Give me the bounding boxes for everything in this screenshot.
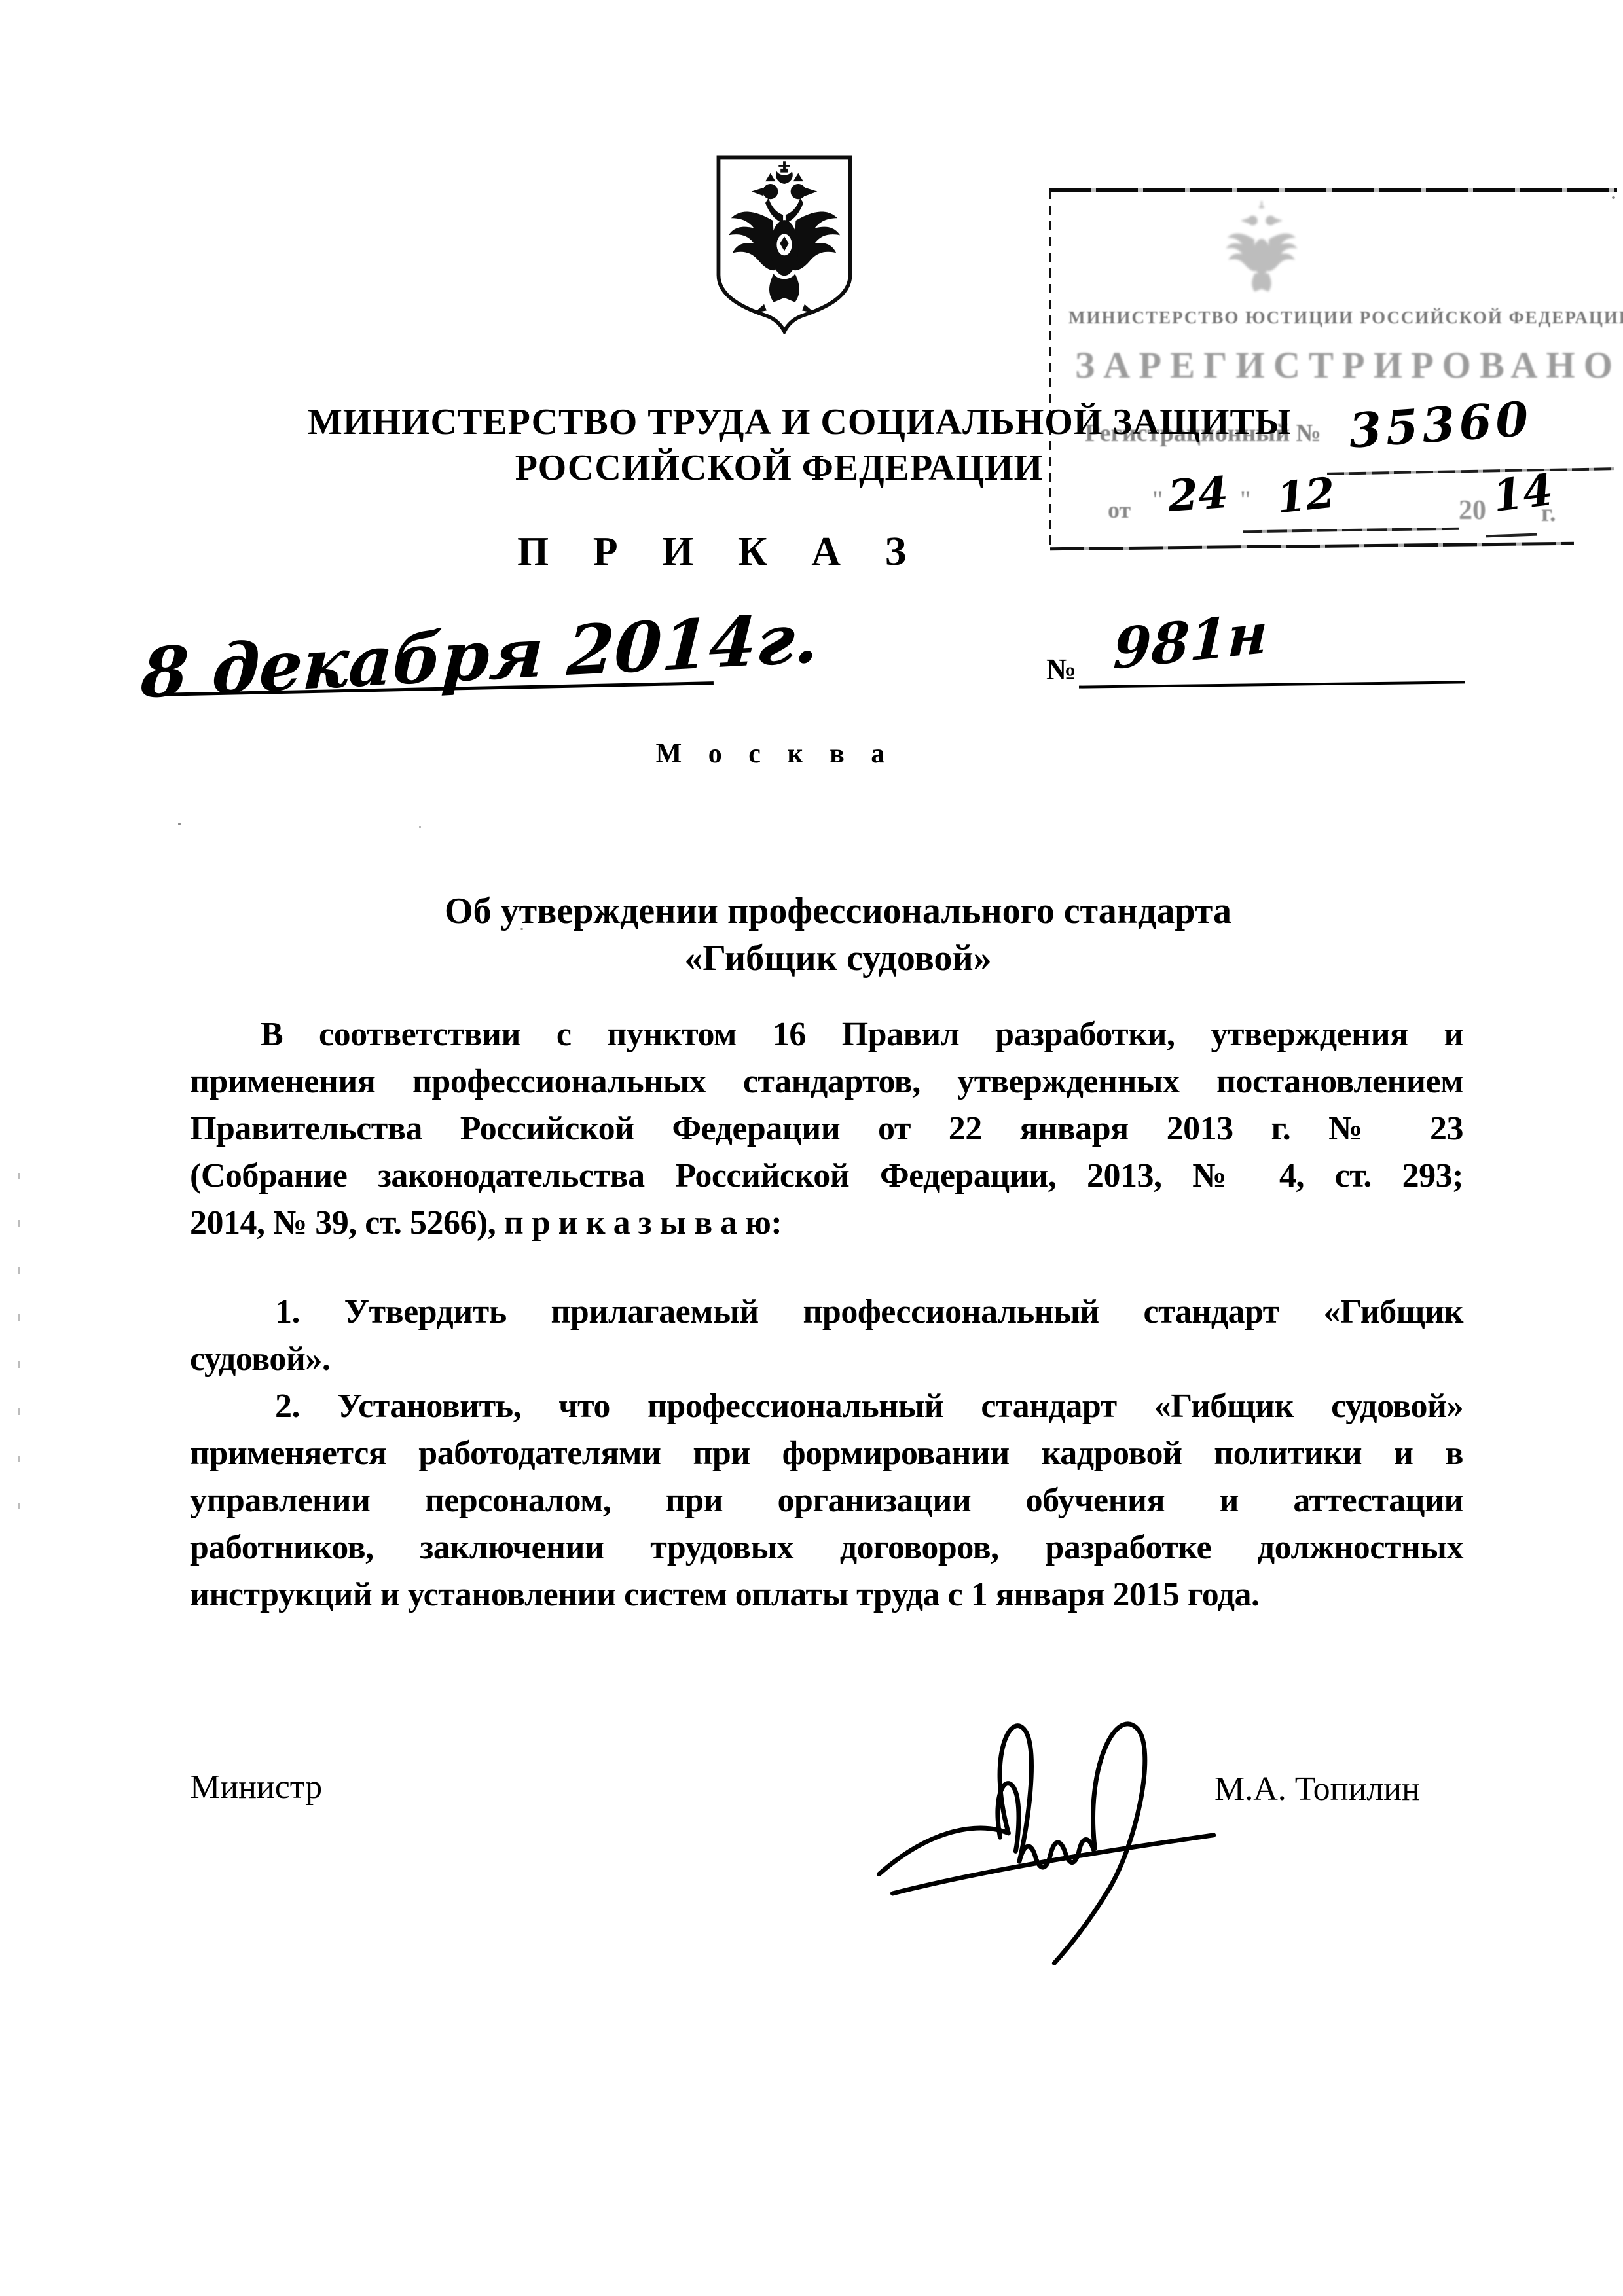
body-line: 2. Установить, что профессиональный стан… (190, 1383, 1463, 1430)
paragraph-preamble: В соответствии с пунктом 16 Правил разра… (190, 1011, 1463, 1247)
paragraph-item-1: 1. Утвердить прилагаемый профессиональны… (190, 1289, 1463, 1383)
stamp-agency-line: МИНИСТЕРСТВО ЮСТИЦИИ РОССИЙСКОЙ ФЕДЕРАЦИ… (1068, 308, 1605, 328)
number-sign: № (1046, 652, 1076, 687)
body-line: применяется работодателями при формирова… (190, 1430, 1463, 1477)
ministry-name-line2: РОССИЙСКОЙ ФЕДЕРАЦИИ (308, 445, 1250, 491)
minister-signature (854, 1672, 1228, 1980)
document-type-title: П Р И К А З (517, 529, 910, 575)
stamp-year-underline (1486, 533, 1537, 538)
body-line: Правительства Российской Федерации от 22… (190, 1105, 1463, 1153)
ministry-name: МИНИСТЕРСТВО ТРУДА И СОЦИАЛЬНОЙ ЗАЩИТЫ Р… (308, 399, 1250, 491)
stamp-year-prefix: 20 (1459, 495, 1486, 526)
number-underline (1079, 681, 1465, 688)
stamp-from-label: от (1108, 496, 1131, 524)
scan-speck (520, 928, 523, 930)
scan-edge-marks (18, 1132, 20, 1509)
city-label: М о с к в а (611, 738, 939, 770)
body-line: В соответствии с пунктом 16 Правил разра… (190, 1011, 1463, 1058)
body-line: (Собрание законодательства Российской Фе… (190, 1153, 1463, 1200)
order-body: В соответствии с пунктом 16 Правил разра… (190, 1011, 1463, 1619)
stamp-border-top (1049, 188, 1617, 192)
stamp-reg-number-value: 35360 (1347, 390, 1534, 458)
stamp-eagle-icon (1213, 194, 1311, 312)
body-line: 1. Утвердить прилагаемый профессиональны… (190, 1289, 1463, 1336)
body-line: применения профессиональных стандартов, … (190, 1058, 1463, 1105)
body-line: управлении персоналом, при организации о… (190, 1477, 1463, 1524)
order-subject: Об утверждении профессионального стандар… (380, 888, 1296, 982)
handwritten-date: 8 декабря 2014г. (139, 598, 820, 714)
stamp-reg-underline (1327, 467, 1614, 475)
scanned-order-page: { "letterhead": { "ministry_line1": "МИН… (0, 0, 1623, 2296)
stamp-month-value: 12 (1274, 469, 1337, 524)
stamp-year-suffix: г. (1541, 499, 1556, 528)
body-line: 2014, № 39, ст. 5266), п р и к а з ы в а… (190, 1200, 1463, 1247)
signer-name: М.А. Топилин (1214, 1766, 1420, 1813)
russia-coat-of-arms-icon (708, 149, 860, 334)
body-line: инструкций и установлении систем оплаты … (190, 1571, 1463, 1619)
stamp-border-bottom (1050, 542, 1574, 550)
order-subject-line1: Об утверждении профессионального стандар… (380, 888, 1296, 935)
body-line: судовой». (190, 1336, 1463, 1383)
stamp-registered-label: ЗАРЕГИСТРИРОВАНО (1075, 344, 1592, 387)
stamp-border-left (1049, 190, 1051, 547)
registration-stamp: МИНИСТЕРСТВО ЮСТИЦИИ РОССИЙСКОЙ ФЕДЕРАЦИ… (1049, 188, 1618, 547)
paragraph-item-2: 2. Установить, что профессиональный стан… (190, 1383, 1463, 1619)
stamp-date-underline (1243, 528, 1459, 533)
handwritten-number: 981н (1112, 600, 1269, 682)
body-line: работников, заключении трудовых договоро… (190, 1524, 1463, 1571)
scan-speck (178, 823, 181, 825)
signer-position: Министр (190, 1764, 322, 1811)
order-subject-line2: «Гибщик судовой» (380, 935, 1296, 982)
ministry-name-line1: МИНИСТЕРСТВО ТРУДА И СОЦИАЛЬНОЙ ЗАЩИТЫ (308, 399, 1250, 445)
scan-speck (419, 826, 421, 828)
